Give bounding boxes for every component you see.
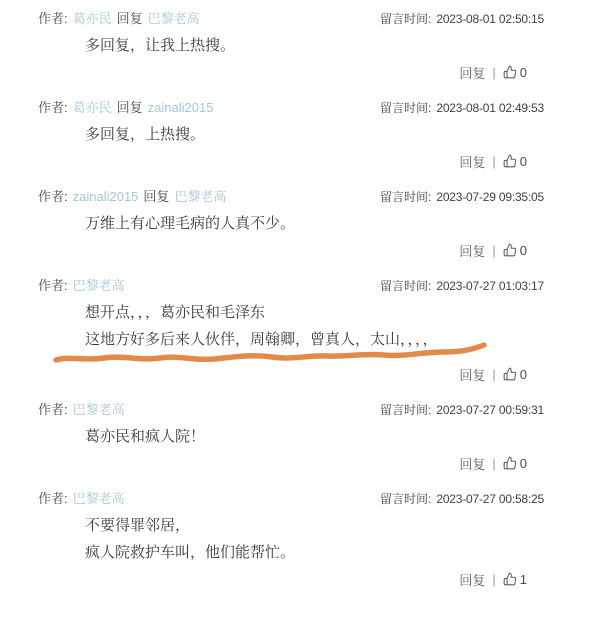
comment-body: 万维上有心理毛病的人真不少。 bbox=[85, 214, 600, 233]
timestamp-value: 2023-07-29 09:35:05 bbox=[436, 188, 544, 206]
comment-text: 想开点，，，葛亦民和毛泽东 bbox=[85, 303, 600, 322]
author-username-link[interactable]: 巴黎老高 bbox=[73, 490, 125, 508]
comment-text: 多回复，上热搜。 bbox=[85, 125, 600, 144]
reply-button[interactable]: 回复 bbox=[459, 63, 485, 82]
comment-text: 万维上有心理毛病的人真不少。 bbox=[85, 214, 600, 233]
author-label: 作者: bbox=[38, 490, 68, 508]
comment-text: 多回复，让我上热搜。 bbox=[85, 36, 600, 55]
comment-item: 作者: zainali2015 回复 巴黎老高 留言时间: 2023-07-29… bbox=[0, 188, 600, 259]
timestamp-value: 2023-07-27 00:59:31 bbox=[436, 401, 544, 419]
author-label: 作者: bbox=[38, 188, 68, 206]
thumb-up-icon bbox=[503, 367, 517, 381]
comment-text: 这地方好多后来人伙伴，周翰卿，曾真人，太山，，，， bbox=[85, 330, 600, 349]
reply-target-username-link[interactable]: 巴黎老高 bbox=[174, 188, 226, 206]
timestamp: 留言时间: 2023-07-27 00:59:31 bbox=[380, 401, 544, 419]
footer-divider: | bbox=[492, 154, 495, 169]
comment-footer: 回复 | 1 bbox=[38, 570, 600, 588]
author-username-link[interactable]: 葛亦民 bbox=[73, 99, 112, 117]
comment-header: 作者: 葛亦民 回复 zainali2015 留言时间: 2023-08-01 … bbox=[38, 99, 600, 117]
footer-divider: | bbox=[492, 456, 495, 471]
like-count: 0 bbox=[520, 456, 527, 471]
footer-divider: | bbox=[492, 243, 495, 258]
like-count: 0 bbox=[520, 243, 527, 258]
like-count: 0 bbox=[520, 65, 527, 80]
author-username-link[interactable]: 葛亦民 bbox=[73, 10, 112, 28]
author-username-link[interactable]: 巴黎老高 bbox=[73, 277, 125, 295]
like-count: 1 bbox=[520, 572, 527, 587]
author-label: 作者: bbox=[38, 10, 68, 28]
reply-target-username-link[interactable]: 巴黎老高 bbox=[148, 10, 200, 28]
reply-button[interactable]: 回复 bbox=[459, 454, 485, 473]
comment-footer: 回复 | 0 bbox=[38, 63, 600, 81]
like-button[interactable]: 0 bbox=[503, 456, 527, 471]
reply-to-label: 回复 bbox=[143, 188, 169, 206]
comment-footer: 回复 | 0 bbox=[38, 365, 600, 383]
comment-body: 多回复，让我上热搜。 bbox=[85, 36, 600, 55]
comment-header: 作者: 葛亦民 回复 巴黎老高 留言时间: 2023-08-01 02:50:1… bbox=[38, 10, 600, 28]
author-username-link[interactable]: zainali2015 bbox=[73, 188, 139, 206]
comment-body: 不要得罪邻居， 疯人院救护车叫，他们能帮忙。 bbox=[85, 516, 600, 562]
comment-body: 葛亦民和疯人院！ bbox=[85, 427, 600, 446]
thumb-up-icon bbox=[503, 154, 517, 168]
comment-footer: 回复 | 0 bbox=[38, 152, 600, 170]
comment-footer: 回复 | 0 bbox=[38, 241, 600, 259]
comment-text: 葛亦民和疯人院！ bbox=[85, 427, 600, 446]
reply-button[interactable]: 回复 bbox=[459, 152, 485, 171]
author-label: 作者: bbox=[38, 99, 68, 117]
reply-button[interactable]: 回复 bbox=[459, 365, 485, 384]
author-username-link[interactable]: 巴黎老高 bbox=[73, 401, 125, 419]
timestamp: 留言时间: 2023-07-29 09:35:05 bbox=[380, 188, 544, 206]
comment-text: 不要得罪邻居， bbox=[85, 516, 600, 535]
comment-item: 作者: 葛亦民 回复 zainali2015 留言时间: 2023-08-01 … bbox=[0, 99, 600, 170]
timestamp: 留言时间: 2023-08-01 02:49:53 bbox=[380, 99, 544, 117]
timestamp-label: 留言时间: bbox=[380, 99, 431, 117]
comment-thread: 作者: 葛亦民 回复 巴黎老高 留言时间: 2023-08-01 02:50:1… bbox=[0, 0, 600, 588]
comment-header: 作者: 巴黎老高 留言时间: 2023-07-27 01:03:17 bbox=[38, 277, 600, 295]
comment-item: 作者: 葛亦民 回复 巴黎老高 留言时间: 2023-08-01 02:50:1… bbox=[0, 10, 600, 81]
comment-item: 作者: 巴黎老高 留言时间: 2023-07-27 01:03:17 想开点，，… bbox=[0, 277, 600, 383]
like-button[interactable]: 1 bbox=[503, 572, 527, 587]
timestamp: 留言时间: 2023-08-01 02:50:15 bbox=[380, 10, 544, 28]
timestamp: 留言时间: 2023-07-27 00:58:25 bbox=[380, 490, 544, 508]
comment-body: 多回复，上热搜。 bbox=[85, 125, 600, 144]
reply-button[interactable]: 回复 bbox=[459, 570, 485, 589]
reply-target-username-link[interactable]: zainali2015 bbox=[148, 99, 214, 117]
like-button[interactable]: 0 bbox=[503, 243, 527, 258]
like-button[interactable]: 0 bbox=[503, 367, 527, 382]
like-button[interactable]: 0 bbox=[503, 154, 527, 169]
thumb-up-icon bbox=[503, 243, 517, 257]
footer-divider: | bbox=[492, 367, 495, 382]
thumb-up-icon bbox=[503, 572, 517, 586]
timestamp-label: 留言时间: bbox=[380, 401, 431, 419]
reply-to-label: 回复 bbox=[117, 99, 143, 117]
comment-text: 疯人院救护车叫，他们能帮忙。 bbox=[85, 543, 600, 562]
like-count: 0 bbox=[520, 367, 527, 382]
footer-divider: | bbox=[492, 65, 495, 80]
timestamp-label: 留言时间: bbox=[380, 188, 431, 206]
comment-header: 作者: 巴黎老高 留言时间: 2023-07-27 00:59:31 bbox=[38, 401, 600, 419]
comment-item: 作者: 巴黎老高 留言时间: 2023-07-27 00:59:31 葛亦民和疯… bbox=[0, 401, 600, 472]
timestamp-label: 留言时间: bbox=[380, 277, 431, 295]
like-button[interactable]: 0 bbox=[503, 65, 527, 80]
timestamp-value: 2023-07-27 00:58:25 bbox=[436, 490, 544, 508]
timestamp-value: 2023-08-01 02:49:53 bbox=[436, 99, 544, 117]
reply-to-label: 回复 bbox=[117, 10, 143, 28]
reply-button[interactable]: 回复 bbox=[459, 241, 485, 260]
thumb-up-icon bbox=[503, 65, 517, 79]
comment-item: 作者: 巴黎老高 留言时间: 2023-07-27 00:58:25 不要得罪邻… bbox=[0, 490, 600, 588]
author-label: 作者: bbox=[38, 277, 68, 295]
author-label: 作者: bbox=[38, 401, 68, 419]
footer-divider: | bbox=[492, 572, 495, 587]
timestamp-value: 2023-07-27 01:03:17 bbox=[436, 277, 544, 295]
thumb-up-icon bbox=[503, 456, 517, 470]
like-count: 0 bbox=[520, 154, 527, 169]
comment-header: 作者: zainali2015 回复 巴黎老高 留言时间: 2023-07-29… bbox=[38, 188, 600, 206]
timestamp: 留言时间: 2023-07-27 01:03:17 bbox=[380, 277, 544, 295]
comment-header: 作者: 巴黎老高 留言时间: 2023-07-27 00:58:25 bbox=[38, 490, 600, 508]
comment-body: 想开点，，，葛亦民和毛泽东 这地方好多后来人伙伴，周翰卿，曾真人，太山，，，， bbox=[85, 303, 600, 349]
comment-footer: 回复 | 0 bbox=[38, 454, 600, 472]
timestamp-label: 留言时间: bbox=[380, 10, 431, 28]
timestamp-label: 留言时间: bbox=[380, 490, 431, 508]
timestamp-value: 2023-08-01 02:50:15 bbox=[436, 10, 544, 28]
